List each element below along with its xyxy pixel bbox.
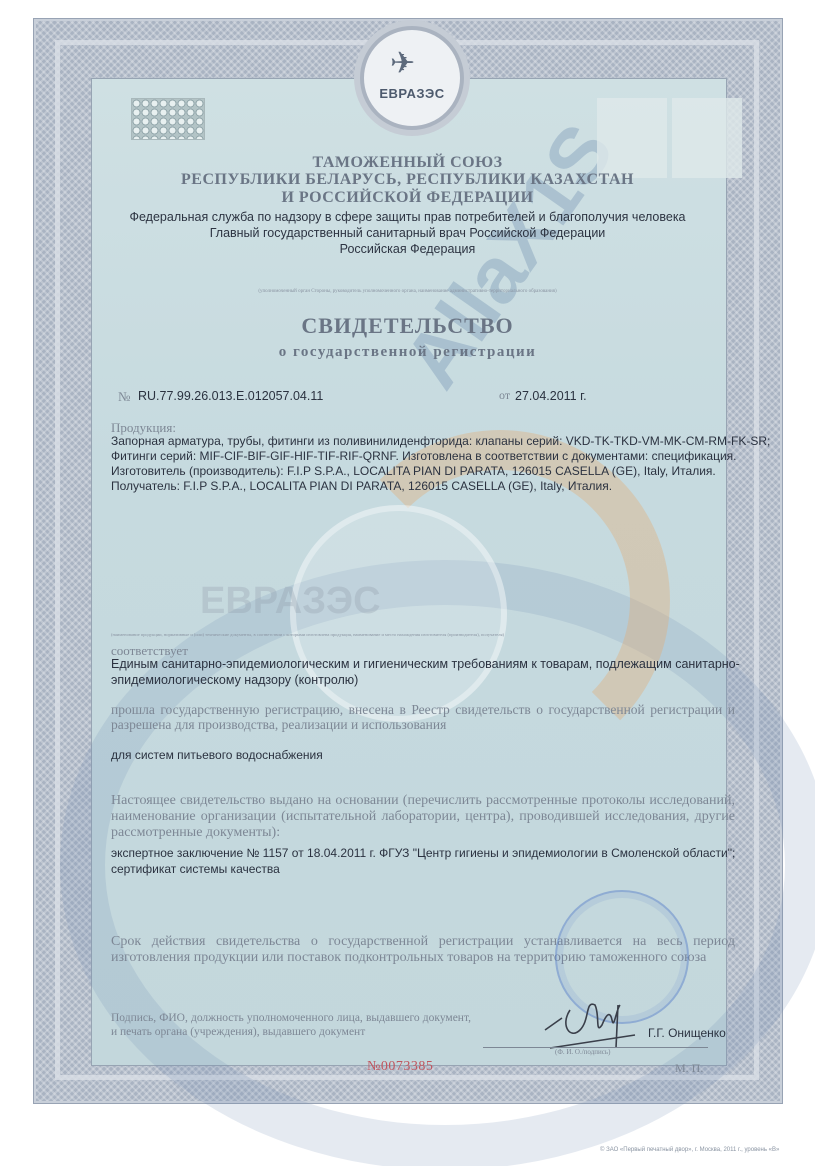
signer-name: Г.Г. Онищенко [648, 1026, 726, 1040]
basis-value: экспертное заключение № 1157 от 18.04.20… [111, 845, 751, 877]
union-line-1: ТАМОЖЕННЫЙ СОЮЗ [0, 154, 815, 172]
watermark-center-text: ЕВРАЗЭС [200, 580, 381, 623]
evrazes-emblem: ✈︎ ЕВРАЗЭС [360, 26, 464, 130]
fio-hint: (Ф. И. О./подпись) [555, 1048, 610, 1056]
printer-imprint: © ЗАО «Первый печатный двор», г. Москва,… [600, 1147, 779, 1153]
union-line-3: И РОССИЙСКОЙ ФЕДЕРАЦИИ [0, 189, 815, 207]
document-title: СВИДЕТЕЛЬСТВО [0, 313, 815, 339]
basis-text: Настоящее свидетельство выдано на основа… [111, 793, 735, 841]
hologram [131, 98, 205, 140]
date-prefix: от [499, 388, 510, 403]
evrazes-emblem-icon: ✈︎ [390, 46, 415, 81]
document-subtitle: о государственной регистрации [0, 344, 815, 361]
authority-line-2: Главный государственный санитарный врач … [0, 226, 815, 240]
product-hint: (наименование продукции, нормативные и (… [111, 632, 741, 637]
authority-line-1: Федеральная служба по надзору в сфере за… [0, 210, 815, 224]
product-description: Запорная арматура, трубы, фитинги из пол… [111, 434, 787, 494]
emblem-name: ЕВРАЗЭС [364, 86, 460, 101]
conformity-text: Единым санитарно-эпидемиологическим и ги… [111, 656, 751, 688]
seal-mark: М. П. [675, 1061, 703, 1076]
authority-hint: (уполномоченный орган Стороны, руководит… [0, 289, 815, 294]
usage-scope: для систем питьевого водоснабжения [111, 748, 323, 762]
signature-label: Подпись, ФИО, должность уполномоченного … [111, 1011, 471, 1039]
union-line-2: РЕСПУБЛИКИ БЕЛАРУСЬ, РЕСПУБЛИКИ КАЗАХСТА… [0, 171, 815, 189]
number-sign: № [118, 389, 130, 405]
registration-number: RU.77.99.26.013.E.012057.04.11 [138, 389, 323, 403]
signature [540, 990, 650, 1050]
authority-line-3: Российская Федерация [0, 242, 815, 256]
registration-text: прошла государственную регистрацию, внес… [111, 702, 735, 732]
blank-serial-number: №0073385 [367, 1059, 433, 1075]
registration-date: 27.04.2011 г. [515, 389, 587, 403]
